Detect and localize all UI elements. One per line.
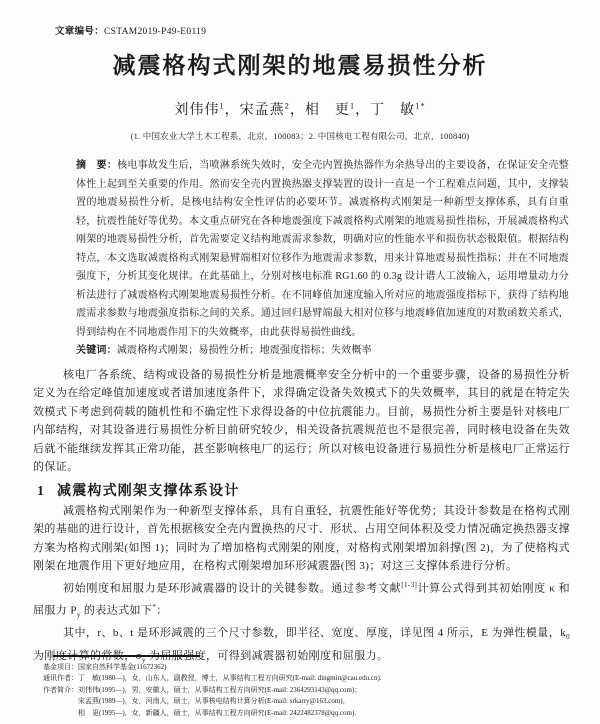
keywords-line: 关键词：减震格构式刚架；易损性分析；地震强度指标；失效概率 [76,342,569,361]
text-part: ， [290,103,305,118]
bio-line: 刘伟伟(1995—)，男，安徽人，硕士，从事结构工程方向研究(E-mail: 2… [78,685,564,696]
abstract-block: 摘 要：核电事故发生后，当喷淋系统失效时，安全壳内置换热器作为余热导出的主要设备… [76,157,569,342]
text-part: 丁 敏 [370,103,415,118]
abstract-label: 摘 要： [76,160,117,171]
text-part: 其中，r、b、t 是环形减震的三个尺寸参数，即半径、宽度、厚度，详见图 4 所示… [63,627,566,639]
article-number-label: 文章编号： [55,27,104,37]
section-number: 1 [37,482,44,502]
text-part: 初始刚度和屈服力是环形减震器的设计的关键参数。通过参考文献 [63,582,401,594]
text-part: ， [225,103,240,118]
section1-para1: 减震格构式刚架作为一种新型支撑体系，具有自重轻，抗震性能好等优势；其设计参数是在… [33,502,570,576]
fund-line: 基金项目：国家自然科学基金(11672362) [43,662,564,673]
sub-text: 0 [566,633,570,641]
abstract-text: 核电事故发生后，当喷淋系统失效时，安全壳内置换热器作为余热导出的主要设备，在保证… [76,160,569,338]
text-part: 的表达式如下 [81,604,153,616]
section1-para2: 初始刚度和屈服力是环形减震器的设计的关键参数。通过参考文献[1-3]计算公式得到… [33,576,570,625]
paper-page: 文章编号：CSTAM2019-P49-E0119 减震格构式刚架的地震易损性分析… [0,0,600,724]
text-part: ： [156,604,167,616]
sup-text: [1-3] [401,581,417,589]
bio-lines: 刘伟伟(1995—)，男，安徽人，硕士，从事结构工程方向研究(E-mail: 2… [78,685,564,719]
text-part: 相 更 [305,103,350,118]
bio-block: 作者简介： 刘伟伟(1995—)，男，安徽人，硕士，从事结构工程方向研究(E-m… [43,685,564,719]
paper-title: 减震格构式刚架的地震易损性分析 [0,0,600,79]
authors-line: 刘伟伟1，宋孟燕2，相 更1，丁 敏1* [0,99,600,119]
text-part: ， [355,103,370,118]
text-part: 宋孟燕 [240,103,285,118]
section-heading: 1减震构式刚架支撑体系设计 [37,482,570,502]
section-title: 减震构式刚架支撑体系设计 [57,484,239,499]
fund-label: 基金项目： [43,663,78,671]
footnote-rule [53,655,200,657]
bio-line: 相 更(1995—)，女，新疆人，硕士，从事结构工程方向研究(E-mail: 2… [78,708,564,719]
corresponding-label: 通讯作者： [43,674,78,682]
article-number: 文章编号：CSTAM2019-P49-E0119 [55,23,206,37]
keywords-label: 关键词： [76,345,117,356]
corresponding-text: 丁 敏(1980—)，女，山东人，副教授，博士，从事结构工程方向研究(E-mai… [78,674,382,682]
corresponding-line: 通讯作者：丁 敏(1980—)，女，山东人，副教授，博士，从事结构工程方向研究(… [43,673,564,684]
text-part: 刘伟伟 [174,103,219,118]
bio-label: 作者简介： [43,685,78,719]
intro-paragraph: 核电厂各系统、结构或设备的易损性分析是地震概率安全分析中的一个重要步骤，设备的易… [33,366,570,477]
article-number-value: CSTAM2019-P49-E0119 [104,27,206,37]
footnote-block: 基金项目：国家自然科学基金(11672362) 通讯作者：丁 敏(1980—)，… [43,655,564,719]
fund-text: 国家自然科学基金(11672362) [78,663,166,671]
affiliation: (1. 中国农业大学土木工程系，北京，100083；2. 中国核电工程有限公司，… [0,130,600,142]
bio-line: 宋孟燕(1989—)，女，河南人，硕士，从事核电结构计算分析(E-mail: s… [78,696,564,707]
sup-text: 1* [415,100,426,110]
keywords-text: 减震格构式刚架；易损性分析；地震强度指标；失效概率 [117,345,372,356]
